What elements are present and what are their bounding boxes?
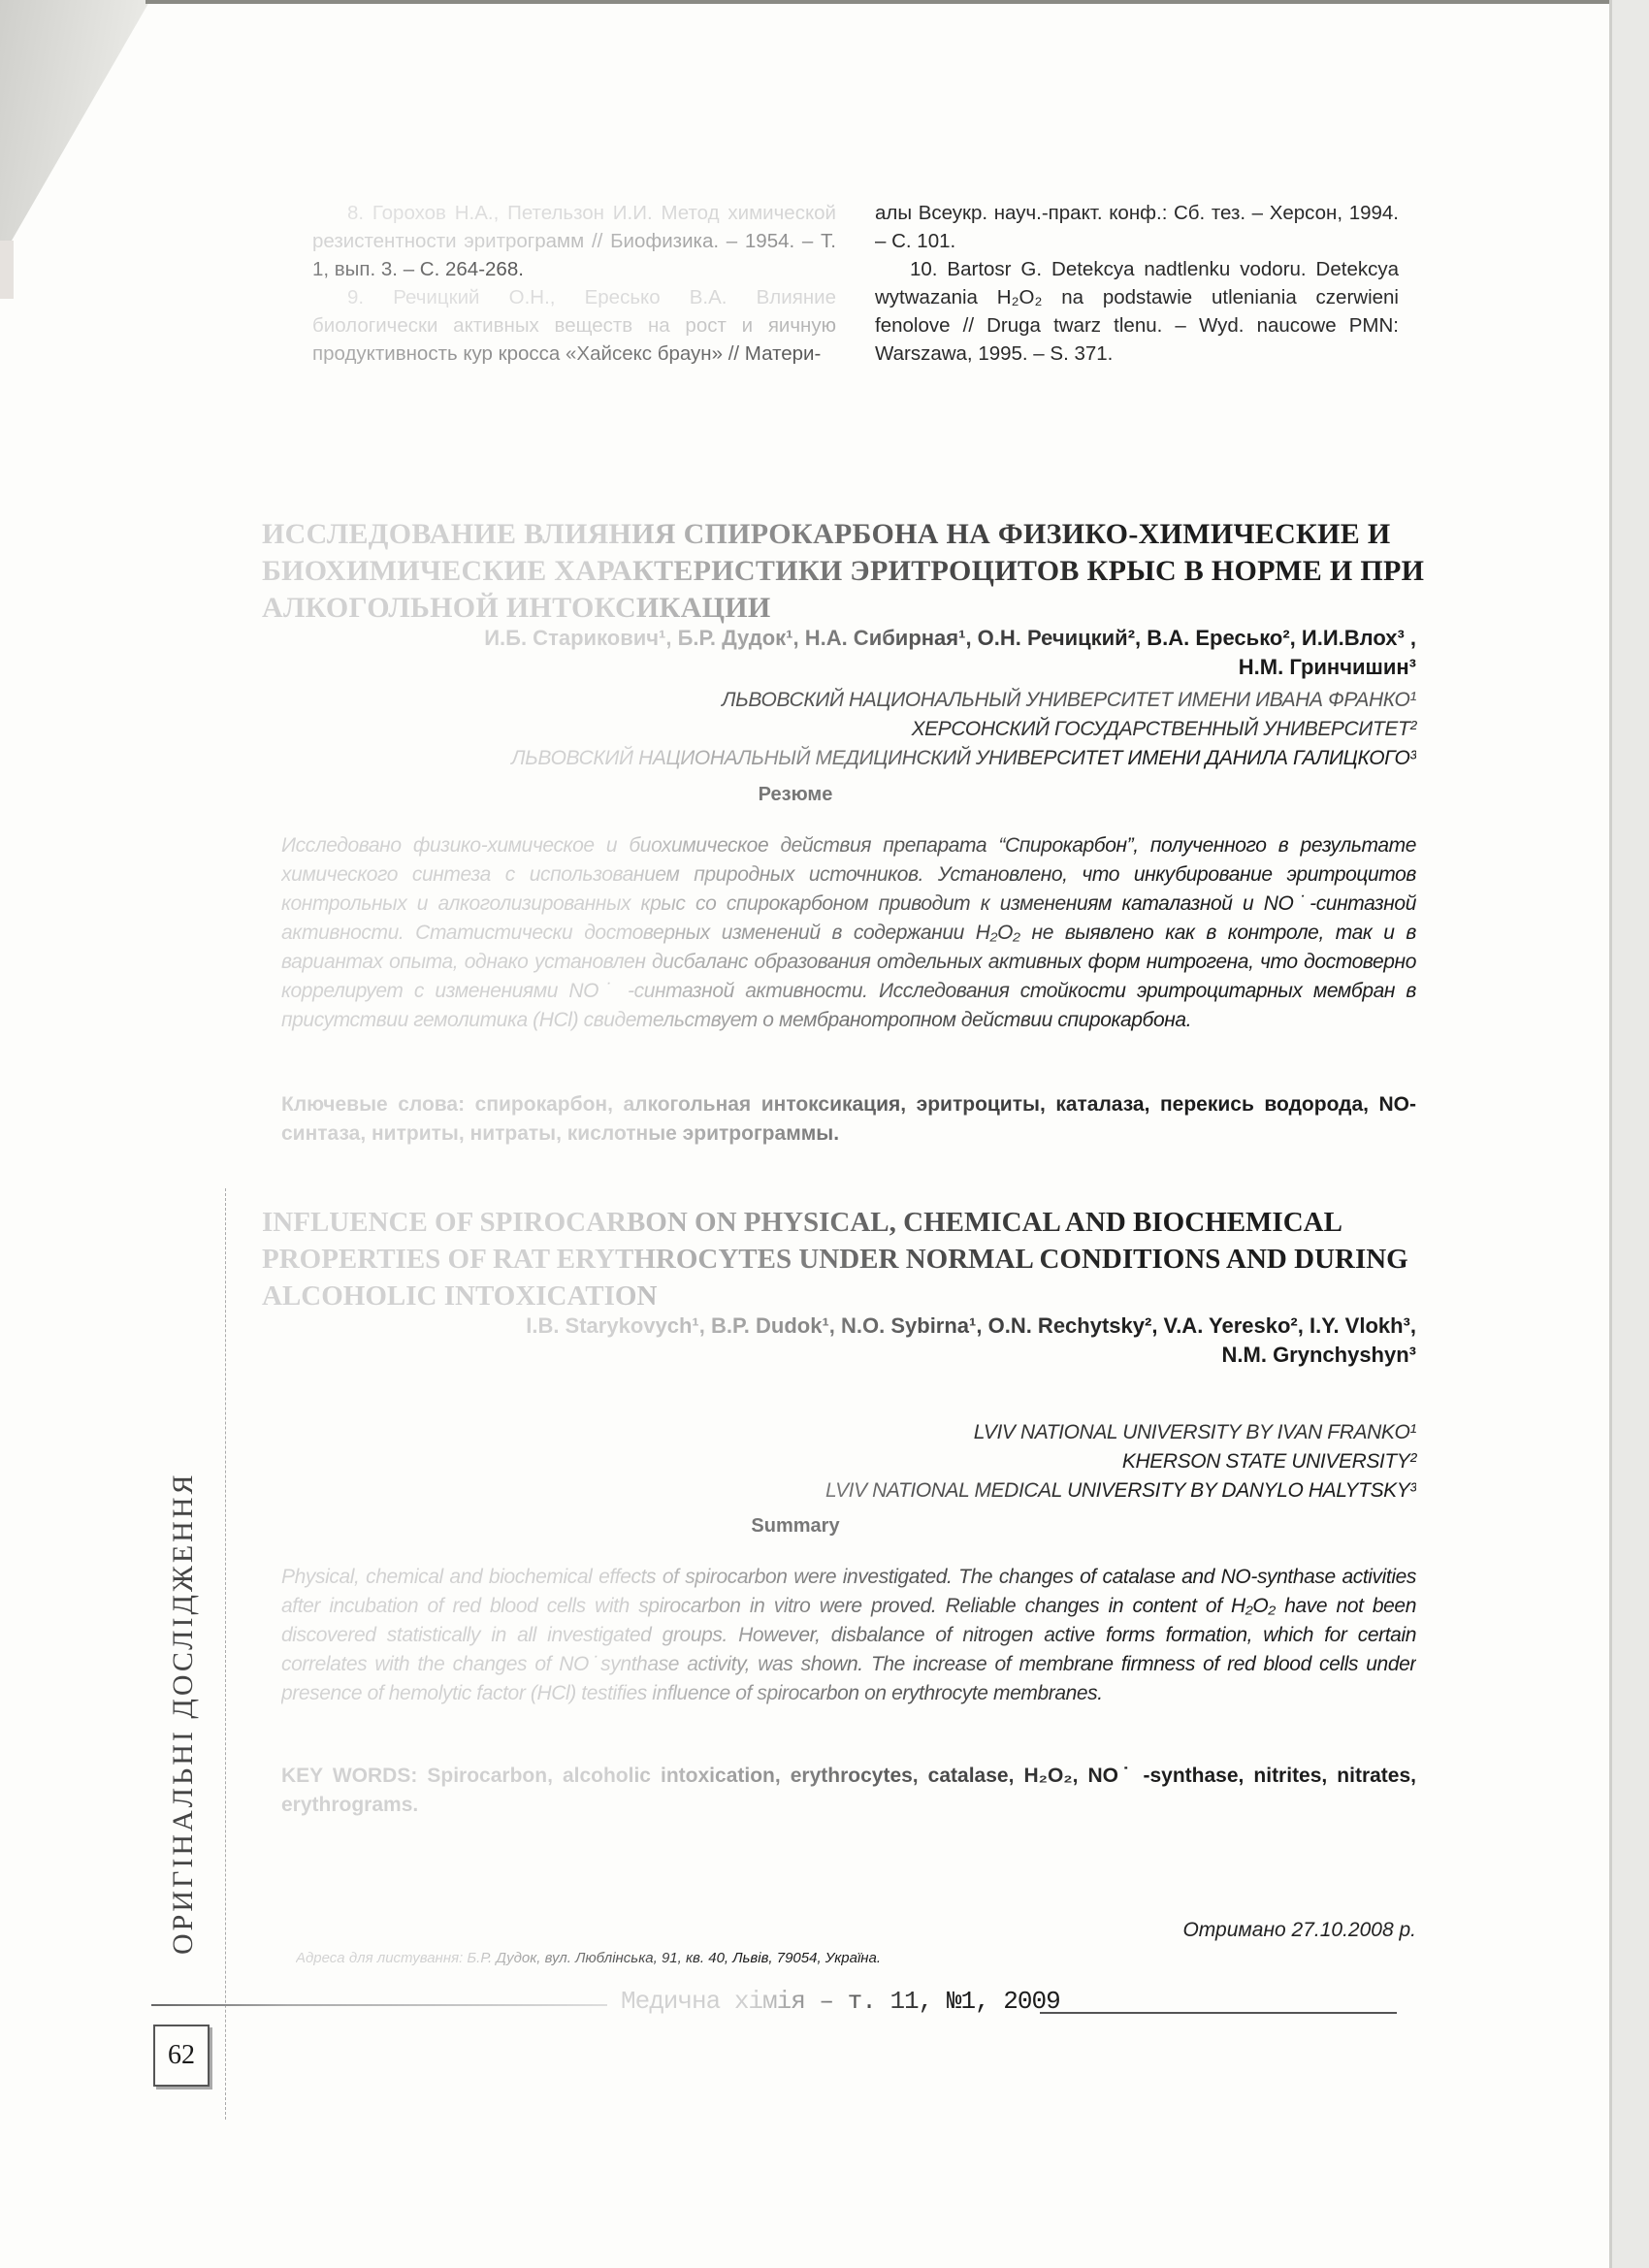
abstract-heading-en: Summary: [155, 1515, 1436, 1538]
affiliations-en: LVIV NATIONAL UNIVERSITY BY IVAN FRANKO¹…: [291, 1418, 1416, 1506]
reference-item: 9. Речицкий О.Н., Ересько В.А. Влияние б…: [312, 283, 836, 368]
affiliation: LVIV NATIONAL MEDICAL UNIVERSITY BY DANY…: [291, 1476, 1416, 1506]
footer-rule-left: [151, 2004, 607, 2006]
affiliation: KHERSON STATE UNIVERSITY²: [291, 1447, 1416, 1476]
section-label-vertical: ОРИГІНАЛЬНІ ДОСЛІДЖЕННЯ: [167, 1472, 200, 1955]
received-date: Отримано 27.10.2008 р.: [1182, 1919, 1416, 1942]
references-right-column: алы Всеукр. науч.-практ. конф.: Сб. тез.…: [875, 199, 1399, 368]
affiliations-ru: ЛЬВОВСКИЙ НАЦИОНАЛЬНЫЙ УНИВЕРСИТЕТ ИМЕНИ…: [291, 686, 1416, 773]
margin-divider: [225, 1188, 226, 2120]
footer-rule-right: [1040, 2012, 1397, 2014]
reference-item: 10. Bartosr G. Detekcya nadtlenku vodoru…: [875, 255, 1399, 368]
abstract-en: Physical, chemical and biochemical effec…: [281, 1563, 1416, 1708]
references: 8. Горохов Н.А., Петельзон И.И. Метод хи…: [312, 199, 1418, 368]
authors-ru: И.Б. Старикович¹, Б.Р. Дудок¹, Н.А. Сиби…: [310, 624, 1416, 682]
affiliation: ЛЬВОВСКИЙ НАЦИОНАЛЬНЫЙ УНИВЕРСИТЕТ ИМЕНИ…: [291, 686, 1416, 715]
page-right-edge: [1609, 0, 1649, 2268]
correspondence-address: Адреса для листування: Б.Р. Дудок, вул. …: [296, 1950, 881, 1966]
page-corner-fold: [0, 0, 155, 243]
authors-line: Н.М. Гринчишин³: [310, 653, 1416, 682]
affiliation: LVIV NATIONAL UNIVERSITY BY IVAN FRANKO¹: [291, 1418, 1416, 1447]
keywords-ru: Ключевые слова: спирокарбон, алкогольная…: [281, 1090, 1416, 1149]
page-corner-edge: [0, 241, 14, 299]
page-top-edge: [145, 0, 1620, 4]
authors-line: И.Б. Старикович¹, Б.Р. Дудок¹, Н.А. Сиби…: [310, 624, 1416, 653]
abstract-heading-ru: Резюме: [155, 784, 1436, 806]
abstract-ru: Исследовано физико-химическое и биохимич…: [281, 831, 1416, 1035]
references-left-column: 8. Горохов Н.А., Петельзон И.И. Метод хи…: [312, 199, 836, 368]
keywords-en: KEY WORDS: Spirocarbon, alcoholic intoxi…: [281, 1762, 1416, 1820]
reference-item: 8. Горохов Н.А., Петельзон И.И. Метод хи…: [312, 199, 836, 283]
journal-citation: Медична хімія – т. 11, №1, 2009: [621, 1987, 1060, 2016]
authors-line: I.B. Starykovych¹, B.P. Dudok¹, N.O. Syb…: [310, 1312, 1416, 1341]
reference-item: алы Всеукр. науч.-практ. конф.: Сб. тез.…: [875, 199, 1399, 255]
authors-en: I.B. Starykovych¹, B.P. Dudok¹, N.O. Syb…: [310, 1312, 1416, 1370]
affiliation: ХЕРСОНСКИЙ ГОСУДАРСТВЕННЫЙ УНИВЕРСИТЕТ²: [291, 715, 1416, 744]
article-title-ru: ИССЛЕДОВАНИЕ ВЛИЯНИЯ СПИРОКАРБОНА НА ФИЗ…: [262, 516, 1426, 627]
authors-line: N.M. Grynchyshyn³: [310, 1341, 1416, 1370]
page-number: 62: [153, 2025, 210, 2087]
article-title-en: INFLUENCE OF SPIROCARBON ON PHYSICAL, CH…: [262, 1204, 1426, 1314]
affiliation: ЛЬВОВСКИЙ НАЦИОНАЛЬНЫЙ МЕДИЦИНСКИЙ УНИВЕ…: [291, 744, 1416, 773]
